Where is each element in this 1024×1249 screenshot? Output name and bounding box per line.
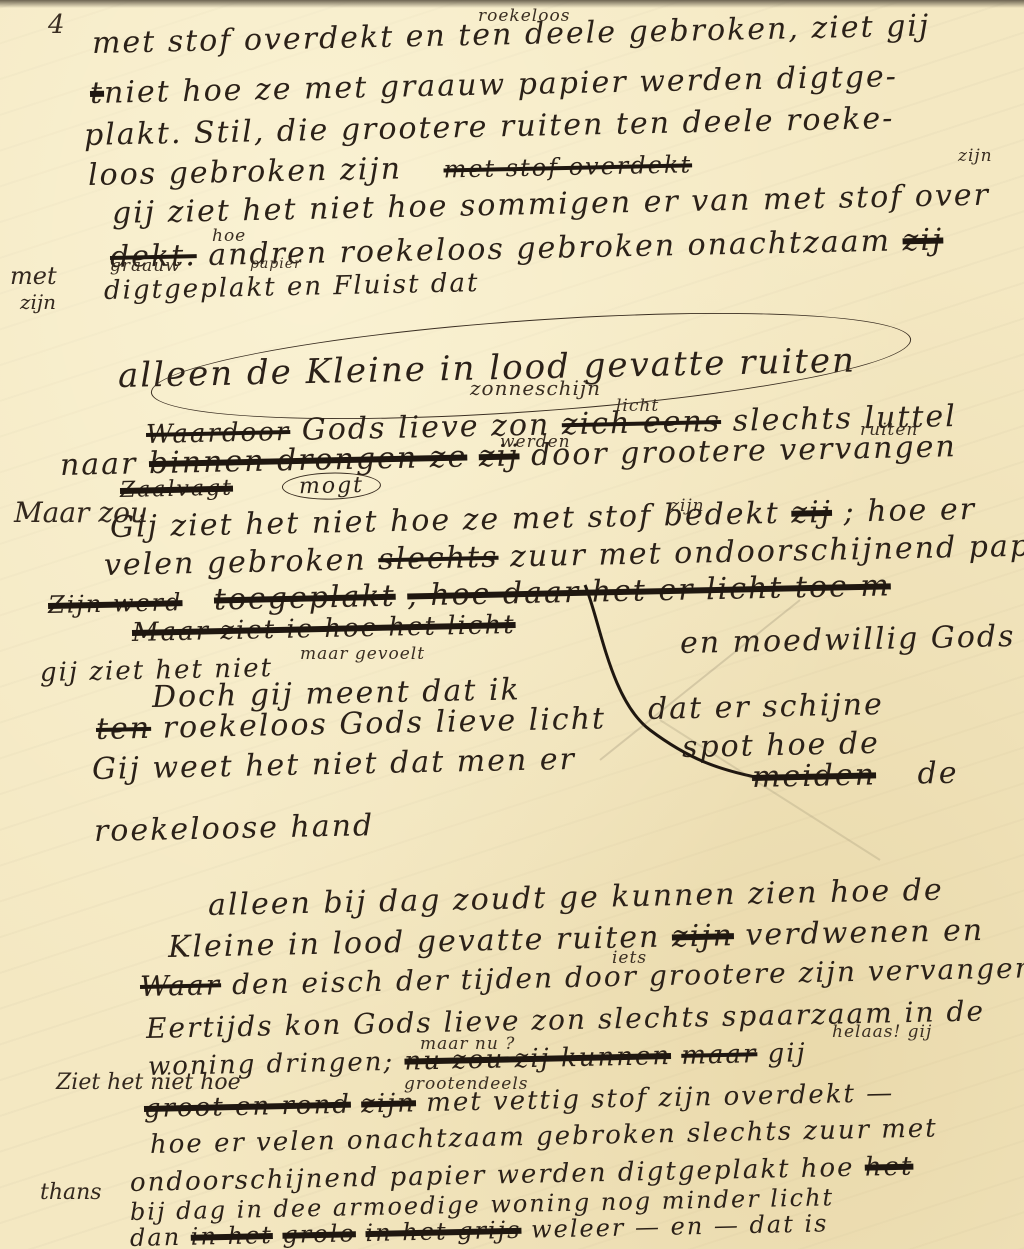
editorial-strokes: [0, 0, 1024, 1249]
bleed-through-stroke: [600, 600, 800, 760]
bracket-curve: [585, 585, 760, 778]
manuscript-page: 4 roekeloos met stof overdekt en ten dee…: [0, 0, 1024, 1249]
bleed-through-stroke: [660, 720, 880, 860]
